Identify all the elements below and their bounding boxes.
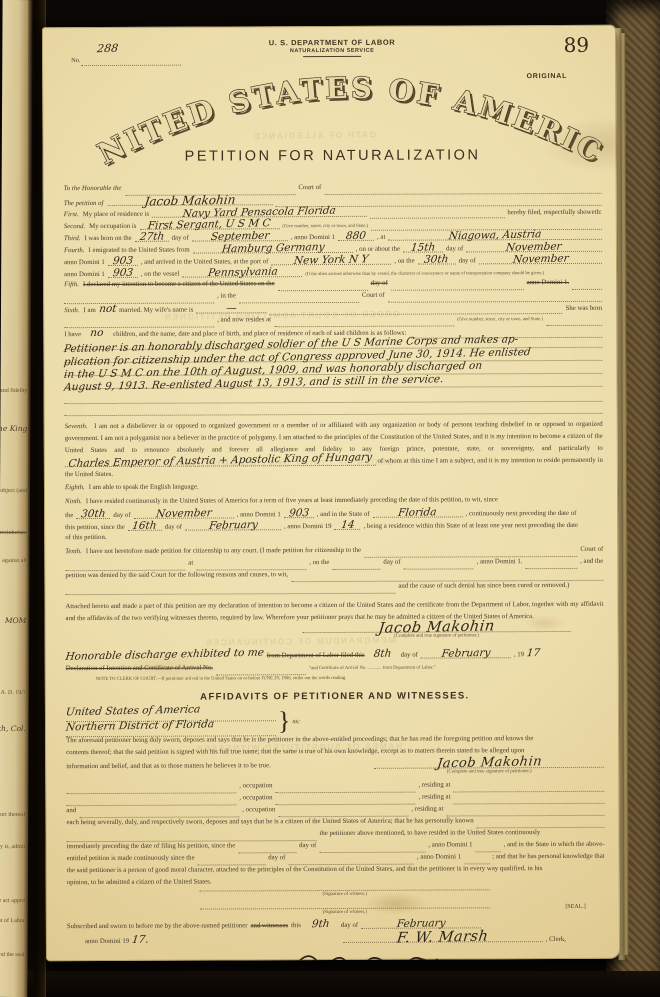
clause-label: Seventh. [65,423,88,430]
printed-segment: ; and that he has personal knowledge tha… [492,853,604,860]
printed-segment: married. My wife's name is [119,307,193,314]
printed-segment: , and now resides at [217,316,271,323]
printed-segment: day of [383,559,400,566]
arrival-day-field: 30th [418,255,456,264]
witness-signature-block: (Signature of witness.) [200,907,490,915]
clause-label: Fifth. [64,281,79,288]
struck-text: from Department of Labor filed this [267,652,365,659]
depart-year-field: 903 [108,257,138,266]
printed-segment: opinion, to be admitted a citizen of the… [67,879,212,887]
dotted-blank [198,856,266,865]
printed-segment: contents thereof; that the said petition… [66,747,524,756]
dotted-blank [453,795,604,805]
dotted-blank [364,548,577,558]
deputy-clerk-signature-scrawl [291,950,441,962]
spacer [484,926,605,927]
printed-segment: I am not a disbeliever in or opposed to … [65,421,603,454]
printed-segment: My occupation is [89,223,136,230]
left-page-fragment: th, Col. [0,724,26,733]
venue-district: Northern District of Florida [65,720,214,731]
petitioner-name: Jacob Makohin [144,196,236,206]
arrival-year: 903 [112,269,133,277]
dotted-blank [196,561,306,570]
clerk-note-line: NOTE TO CLERK OF COURT.—If petitioner ar… [66,675,604,686]
discharge-exhibited-note: Honorable discharge exhibited to me [65,649,264,661]
birth-day-field: 27th [135,233,169,242]
birth-place-field: Niagowa, Austria [388,231,602,241]
printed-segment: this petition, since the [65,524,125,531]
arrival-month-field: November [479,255,602,265]
printed-segment: , on the vessel [141,271,180,278]
birth-place: Niagowa, Austria [448,230,542,240]
petitioner-signature-row: Jacob Makohin (Complete and true signatu… [66,623,604,651]
jurat-line3: By , Deputy Clerk. [67,949,605,961]
printed-segment: , 19 [514,651,524,658]
venue-country: United States of America [65,705,200,716]
field-hint: (Give number, street, city or town, and … [457,317,543,322]
spacer [67,892,197,893]
department-heading: U. S. DEPARTMENT OF LABOR NATURALIZATION… [63,37,601,58]
printed-segment: , residing at [419,793,451,800]
printed-segment: , and the [580,558,603,565]
printed-segment: information and belief, and that as to t… [66,762,271,770]
spacer [152,942,340,943]
petitioner-signature: Jacob Makohin [378,622,495,633]
printed-segment: petition was denied by the said Court fo… [65,571,288,579]
jurat-day: 9th [312,920,331,928]
dotted-blank [370,209,504,219]
petition-form: 288 No. U. S. DEPARTMENT OF LABOR NATURA… [42,25,620,961]
printed-segment: anno Domini 1 [64,259,105,266]
dotted-blank [288,856,414,866]
dotted-blank [525,560,577,569]
page-number: 89 [564,33,590,57]
clause-label: Eighth. [65,484,85,491]
spacer [67,910,197,911]
printed-segment: I have resided continuously in the Unite… [86,496,498,505]
clerk-note-quote: “and Certificate of Arrival No. ........… [309,666,436,672]
state-since-day-field: 16th [128,522,162,531]
spacer [66,632,300,633]
left-page-fragment: MOM [0,616,26,625]
left-page-fragment: and the seal [0,952,25,958]
state-since-month: February [208,521,258,530]
dotted-blank [546,317,602,326]
name-field: Jacob Makohin [107,196,272,206]
attached-paragraph: Attached hereto and made a part of this … [65,599,603,625]
clause-label: Second. [64,223,85,230]
left-page-fragment: support thereof [0,812,25,818]
printed-segment: , continuously next preceding the date o… [466,510,577,517]
filed-month: February [441,649,491,658]
printed-segment: My place of residence is [83,211,149,218]
residence-since-day: 30th [81,510,106,519]
dotted-blank [453,783,604,793]
residence-since-year: 903 [288,509,309,517]
printed-segment: I am [83,307,95,314]
struck-text: day of [371,280,388,287]
clause-label: Tenth. [65,548,82,555]
dotted-blank [238,844,296,853]
clause-label: Third. [64,235,81,242]
birth-month-field: September [192,232,288,241]
printed-segment: and the cause of such denial has since b… [398,582,569,590]
printed-segment: , on the [309,559,329,566]
printed-segment: day of [165,524,182,531]
printed-segment: , anno Domini 1 [291,234,335,241]
jurat-day-field: 9th [304,920,338,928]
dotted-blank [64,295,214,305]
dotted-blank [65,562,185,572]
depart-day-field: 15th [403,244,443,253]
printed-segment: , anno Domini 1 [237,511,281,518]
printed-segment: , and in the State of [317,511,370,518]
dotted-blank [65,405,603,416]
seventh-clause: Seventh. I am not a disbeliever in or op… [65,419,603,481]
dotted-blank [216,666,306,675]
printed-segment: this [291,922,301,929]
clerk-signature-line: F. W. Marsh [343,933,543,943]
dotted-blank [66,784,236,794]
printed-segment: , anno Domini 1. [477,558,523,565]
printed-segment: , on or about the [356,246,400,253]
printed-segment: at [188,560,193,567]
depart-month-field: November [466,243,602,253]
printed-segment: , at [377,234,385,241]
jurat-year: 17. [132,936,150,944]
birth-year: 880 [345,232,366,240]
heading-rule [303,56,361,57]
printed-segment: entitled petition is made continuously s… [67,855,195,863]
dotted-blank [276,796,416,806]
printed-segment: , on the [394,258,414,265]
printed-segment: Court of [362,292,385,299]
signature-line: Jacob Makohin [303,623,571,633]
printed-segment: day of [459,257,476,264]
emigrated-from-field: Hamburg Germany [193,244,353,254]
photo-backdrop [0,971,660,997]
printed-segment: Attached hereto and made a part of this … [65,601,603,622]
signature-line: Jacob Makohin [374,759,604,769]
empty-ruled-line [65,403,603,417]
dotted-blank [319,844,425,853]
dotted-blank [464,855,489,864]
clause-label: Fourth. [64,247,85,254]
arrival-year-field: 903 [108,269,138,278]
jurat-month: February [396,919,446,928]
residence-state-field: Florida [373,508,463,517]
petitioner-signature-2: Jacob Makohin [436,758,542,768]
venue-block: United States of America Northern Distri… [66,705,604,737]
printed-segment: each being severally, duly, and respecti… [66,817,473,826]
dotted-blank [275,784,415,794]
filed-year: 17 [527,649,541,657]
printed-segment: , Clerk, [546,936,566,943]
left-page-fragment: tment of Labor [0,918,25,924]
dotted-blank [388,293,602,303]
state-since-year: 14 [340,521,354,529]
birth-month: September [210,232,270,241]
printed-segment: hereby filed, respectfully showeth: [507,209,601,216]
handwritten-line: in the U S M C on the 10th of August, 19… [64,365,602,376]
jurat-month-field: February [361,919,481,929]
printed-segment: day of [113,512,130,519]
printed-segment: To the Honorable the [64,185,122,192]
witness-signature-caption: (Signature of witness.) [323,910,367,915]
occupation-value: First Sergant, U S M C [147,219,271,230]
not-married-insert: not [98,305,116,313]
printed-segment: day of [268,854,285,861]
dotted-blank [64,319,214,329]
dotted-blank [324,185,601,195]
clerk-note: NOTE TO CLERK OF COURT.—If petitioner ar… [96,676,345,682]
printed-segment: , and arrived in the United States, at t… [141,258,269,266]
printed-segment: , anno Domini 19 [284,523,332,530]
printed-segment: , residing at [411,806,443,813]
printed-segment: anno Domini 1 [64,271,105,278]
printed-segment: anno Domini 19 [85,938,129,945]
depart-year: 903 [112,257,133,265]
struck-text: and witnesses [251,922,289,929]
arched-title-art: UNITED STATES OF AMERICA UNITED STATES O… [71,59,620,185]
field-hint: (Give number, street, city or town, and … [282,224,368,229]
tenth-clause-line4: and the cause of such denial has since b… [65,582,603,596]
dotted-blank [572,281,602,290]
printed-segment: and [66,807,76,814]
arrival-port: New York N Y [294,255,369,265]
service-name: NATURALIZATION SERVICE [63,47,601,55]
left-page-fragment: the King [0,424,27,433]
petitioner-signature-block-2: Jacob Makohin (Complete and true signatu… [374,759,604,775]
printed-segment: , anno Domini 1 [428,841,472,848]
handwritten-line: August 9, 1913. Re-enlisted August 13, 1… [65,378,603,389]
printed-segment: I have not heretofore made petition for … [86,547,361,555]
deputy-clerk-signature-line [281,949,451,961]
dotted-blank [66,832,316,842]
dotted-blank [66,796,236,806]
dotted-blank [404,560,474,569]
dotted-blank [446,807,604,817]
dotted-blank [291,572,603,582]
dotted-blank [391,281,524,291]
dotted-blank [278,282,368,291]
printed-segment: , occupation [242,806,275,813]
printed-segment: I emigrated to the United States from [89,247,190,254]
dotted-blank [79,808,239,818]
dotted-blank [269,305,562,315]
dotted-blank [239,294,359,304]
printed-segment: , in the [217,292,236,299]
dotted-blank [332,561,380,570]
printed-segment: day of [172,235,189,242]
field-hint: (If the alien arrived otherwise than by … [305,271,544,277]
depart-month: November [506,243,563,252]
printed-segment: I am able to speak the English language. [89,484,199,491]
birth-year-field: 880 [338,232,374,241]
printed-segment: day of [446,245,463,252]
clause-label: First. [64,211,79,218]
printed-segment: , being a residence within this State of… [364,522,578,530]
witness-signature-caption: (Signature of witness.) [323,892,367,897]
filed-day-field: 8th [368,650,398,658]
printed-segment: Subscribed and sworn to before me by the… [67,922,248,930]
printed-segment: The petition of [64,200,104,207]
form-header: 288 No. U. S. DEPARTMENT OF LABOR NATURA… [63,25,602,185]
left-page-fragment: hereby is, admit [0,844,25,850]
left-page-fragment: and fidelity [0,388,28,394]
document-page: OATH OF ALLEGIANCE ORDER OF COURT ADMITT… [42,25,620,961]
wife-name-field: — [196,304,266,313]
printed-segment: the [65,512,73,519]
left-page-fragment: against all [0,558,27,564]
petitioner-signature-block: Jacob Makohin (Complete and true signatu… [303,623,571,639]
ninth-clause-line4: of this petition. [65,532,603,546]
venue-lines: United States of America Northern Distri… [66,706,276,737]
occupation-field: First Sergant, U S M C [139,220,279,230]
emigrated-from: Hamburg Germany [221,243,325,253]
vessel-field: Pennsylvania [182,268,302,278]
dotted-blank [65,585,395,595]
state-since-month-field: February [185,521,281,530]
brace-glyph: } [278,708,291,734]
residence-state: Florida [398,508,437,517]
struck-text: Declaration of Intention and Certificate… [66,665,213,673]
residence-value: Navy Yard Pensacola Florida [183,207,337,218]
birth-day: 27th [139,233,164,242]
ss-abbreviation: ss: [292,717,300,725]
printed-segment: , residing at [418,781,450,788]
struck-text: I declared my intention to become a citi… [83,280,275,288]
dotted-blank [477,819,605,829]
residence-since-month-field: November [134,509,234,518]
printed-segment: , and in the State in which the above- [504,841,605,848]
printed-segment: , occupation [239,794,272,801]
printed-segment: Court of [298,184,321,191]
printed-segment: the petitioner above mentioned, to have … [319,829,540,837]
left-page-fragment: a subject (and [0,488,27,494]
struck-text: anno Domini 1. [527,279,570,286]
printed-segment: I was born on the [84,235,131,242]
dotted-blank [475,843,500,852]
form-title: PETITION FOR NATURALIZATION [63,147,601,165]
printed-segment: day of [341,922,358,929]
arrival-day: 30th [424,255,449,264]
printed-segment: , occupation [239,782,272,789]
arrival-port-field: New York N Y [271,256,391,266]
eighth-clause: Eighth. I am able to speak the English l… [65,482,603,496]
depart-day: 15th [410,243,435,252]
renounced-sovereign: Charles Emperor of Austria + Apostolic K… [68,453,373,468]
clause-label: Ninth. [65,498,82,505]
seal-placeholder: [SEAL.] [565,904,586,910]
clause-label: Sixth. [64,307,79,314]
printed-segment: day of [401,652,418,659]
state-since-year-field: 14 [335,521,361,530]
printed-segment: , anno Domini 1 [417,853,461,860]
residence-since-month: November [155,509,212,518]
printed-segment: day of [299,842,316,849]
left-page-fragment: A. D. 19/7 [0,690,26,696]
wife-name-dash: — [226,304,237,312]
arrival-month: November [512,254,569,263]
dotted-blank [278,808,408,818]
vessel-name: Pennsylvania [207,268,278,278]
clerk-signature: F. W. Marsh [397,933,489,943]
dotted-blank [274,317,454,327]
witness-signature-block: (Signature of witness.) [200,889,490,897]
state-since-day: 16th [132,522,157,531]
residence-since-year-field: 903 [284,509,314,518]
left-page-fragment: of the act appro [0,898,25,904]
filed-day: 8th [373,650,392,658]
left-page-fragment: hereinbefore [0,530,27,536]
children-count-field: no [84,329,110,337]
printed-segment: Court of [580,546,603,553]
printed-segment: She was born [566,305,603,312]
printed-segment: The aforesaid petitioner being duly swor… [66,735,533,744]
residence-field: Navy Yard Pensacola Florida [152,208,367,218]
venue-line: Northern District of Florida [66,721,276,737]
printed-segment: immediately preceding the date of filing… [67,842,236,850]
children-count: no [90,329,104,337]
printed-segment: I have [64,331,81,338]
filed-month-field: February [421,649,511,658]
affidavit-line3: information and belief, and that as to t… [66,759,604,783]
handwritten-line: plication for citizenship under the act … [64,352,602,363]
residence-since-day-field: 30th [76,510,110,519]
printed-segment: the said petitioner is a person of good … [67,865,543,874]
printed-segment: of this petition. [65,534,106,541]
